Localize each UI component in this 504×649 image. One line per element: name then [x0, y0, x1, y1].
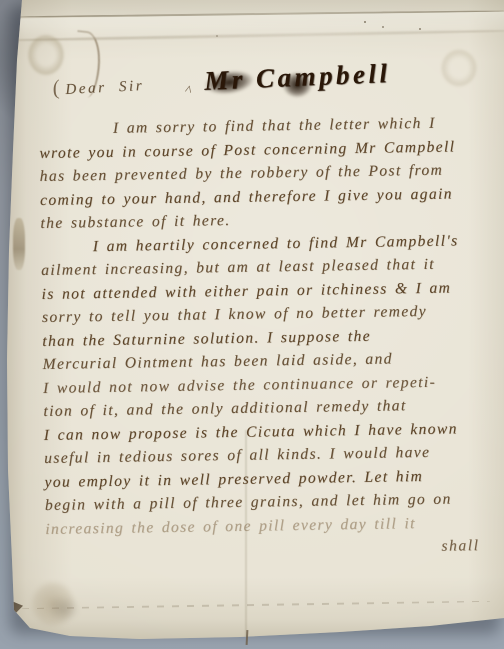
- letter-content: ( Dear Sir ^ Mr Campbell I am sorry to f…: [38, 59, 496, 565]
- recipient-annotation: Mr Campbell: [204, 58, 391, 97]
- insertion-caret-mark: ^: [183, 83, 192, 100]
- letter-body: I am sorry to find that the letter which…: [39, 111, 496, 541]
- edge-stain: [13, 218, 25, 270]
- salutation: Dear Sir: [65, 78, 145, 99]
- thread-mark: [246, 630, 249, 645]
- letter-header: ( Dear Sir ^ Mr Campbell: [38, 59, 489, 118]
- letter-page: ( Dear Sir ^ Mr Campbell I am sorry to f…: [0, 0, 504, 649]
- bottom-fold-crease: [22, 600, 490, 609]
- scan-backdrop: ( Dear Sir ^ Mr Campbell I am sorry to f…: [0, 0, 504, 649]
- ink-specks: [364, 21, 366, 23]
- flourish-paren: (: [50, 75, 62, 101]
- ink-stain: [44, 592, 84, 626]
